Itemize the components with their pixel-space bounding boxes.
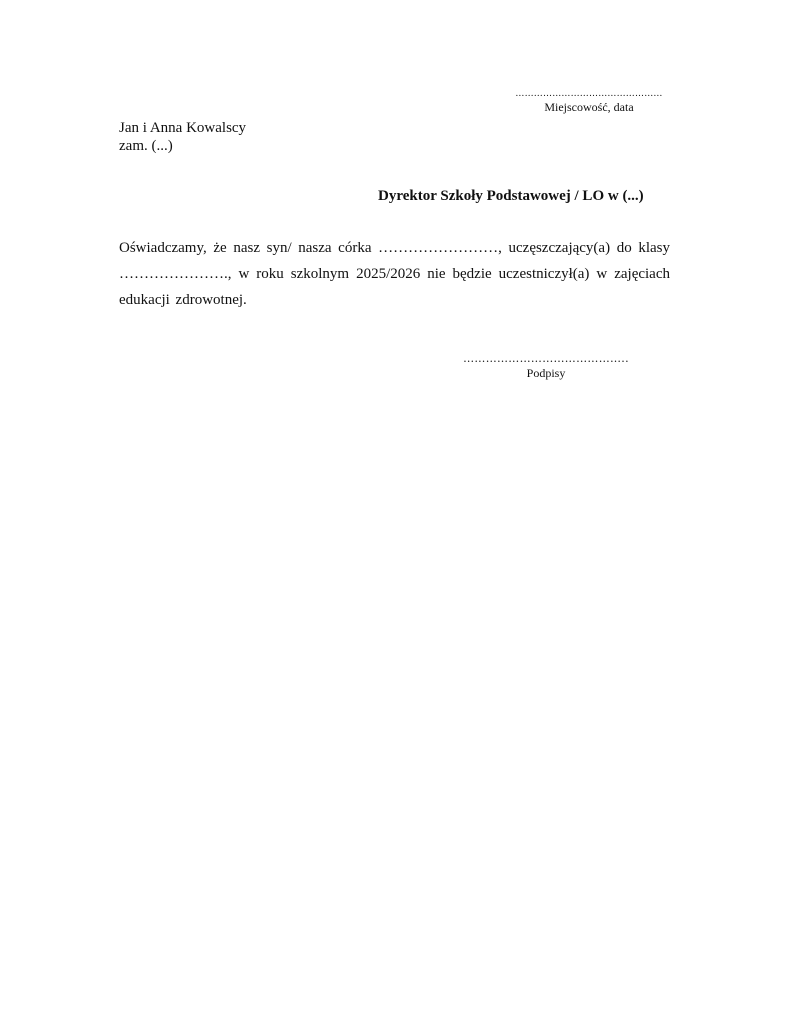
signature-dotted-line: …………………………………….. <box>462 352 630 366</box>
place-date-block: ………………………………………… Miejscowość, data <box>505 88 673 115</box>
addressee: Dyrektor Szkoły Podstawowej / LO w (...) <box>378 187 644 205</box>
place-date-label: Miejscowość, data <box>505 100 673 115</box>
document-page: ………………………………………… Miejscowość, data Jan i… <box>0 0 791 1024</box>
place-date-dotted-line: ………………………………………… <box>505 88 673 100</box>
sender-names: Jan i Anna Kowalscy <box>119 119 246 137</box>
statement-paragraph: Oświadczamy, że nasz syn/ nasza córka ……… <box>119 235 670 313</box>
sender-address: zam. (...) <box>119 137 246 155</box>
signature-block: …………………………………….. Podpisy <box>462 352 630 381</box>
sender-block: Jan i Anna Kowalscy zam. (...) <box>119 119 246 155</box>
signature-label: Podpisy <box>462 366 630 381</box>
